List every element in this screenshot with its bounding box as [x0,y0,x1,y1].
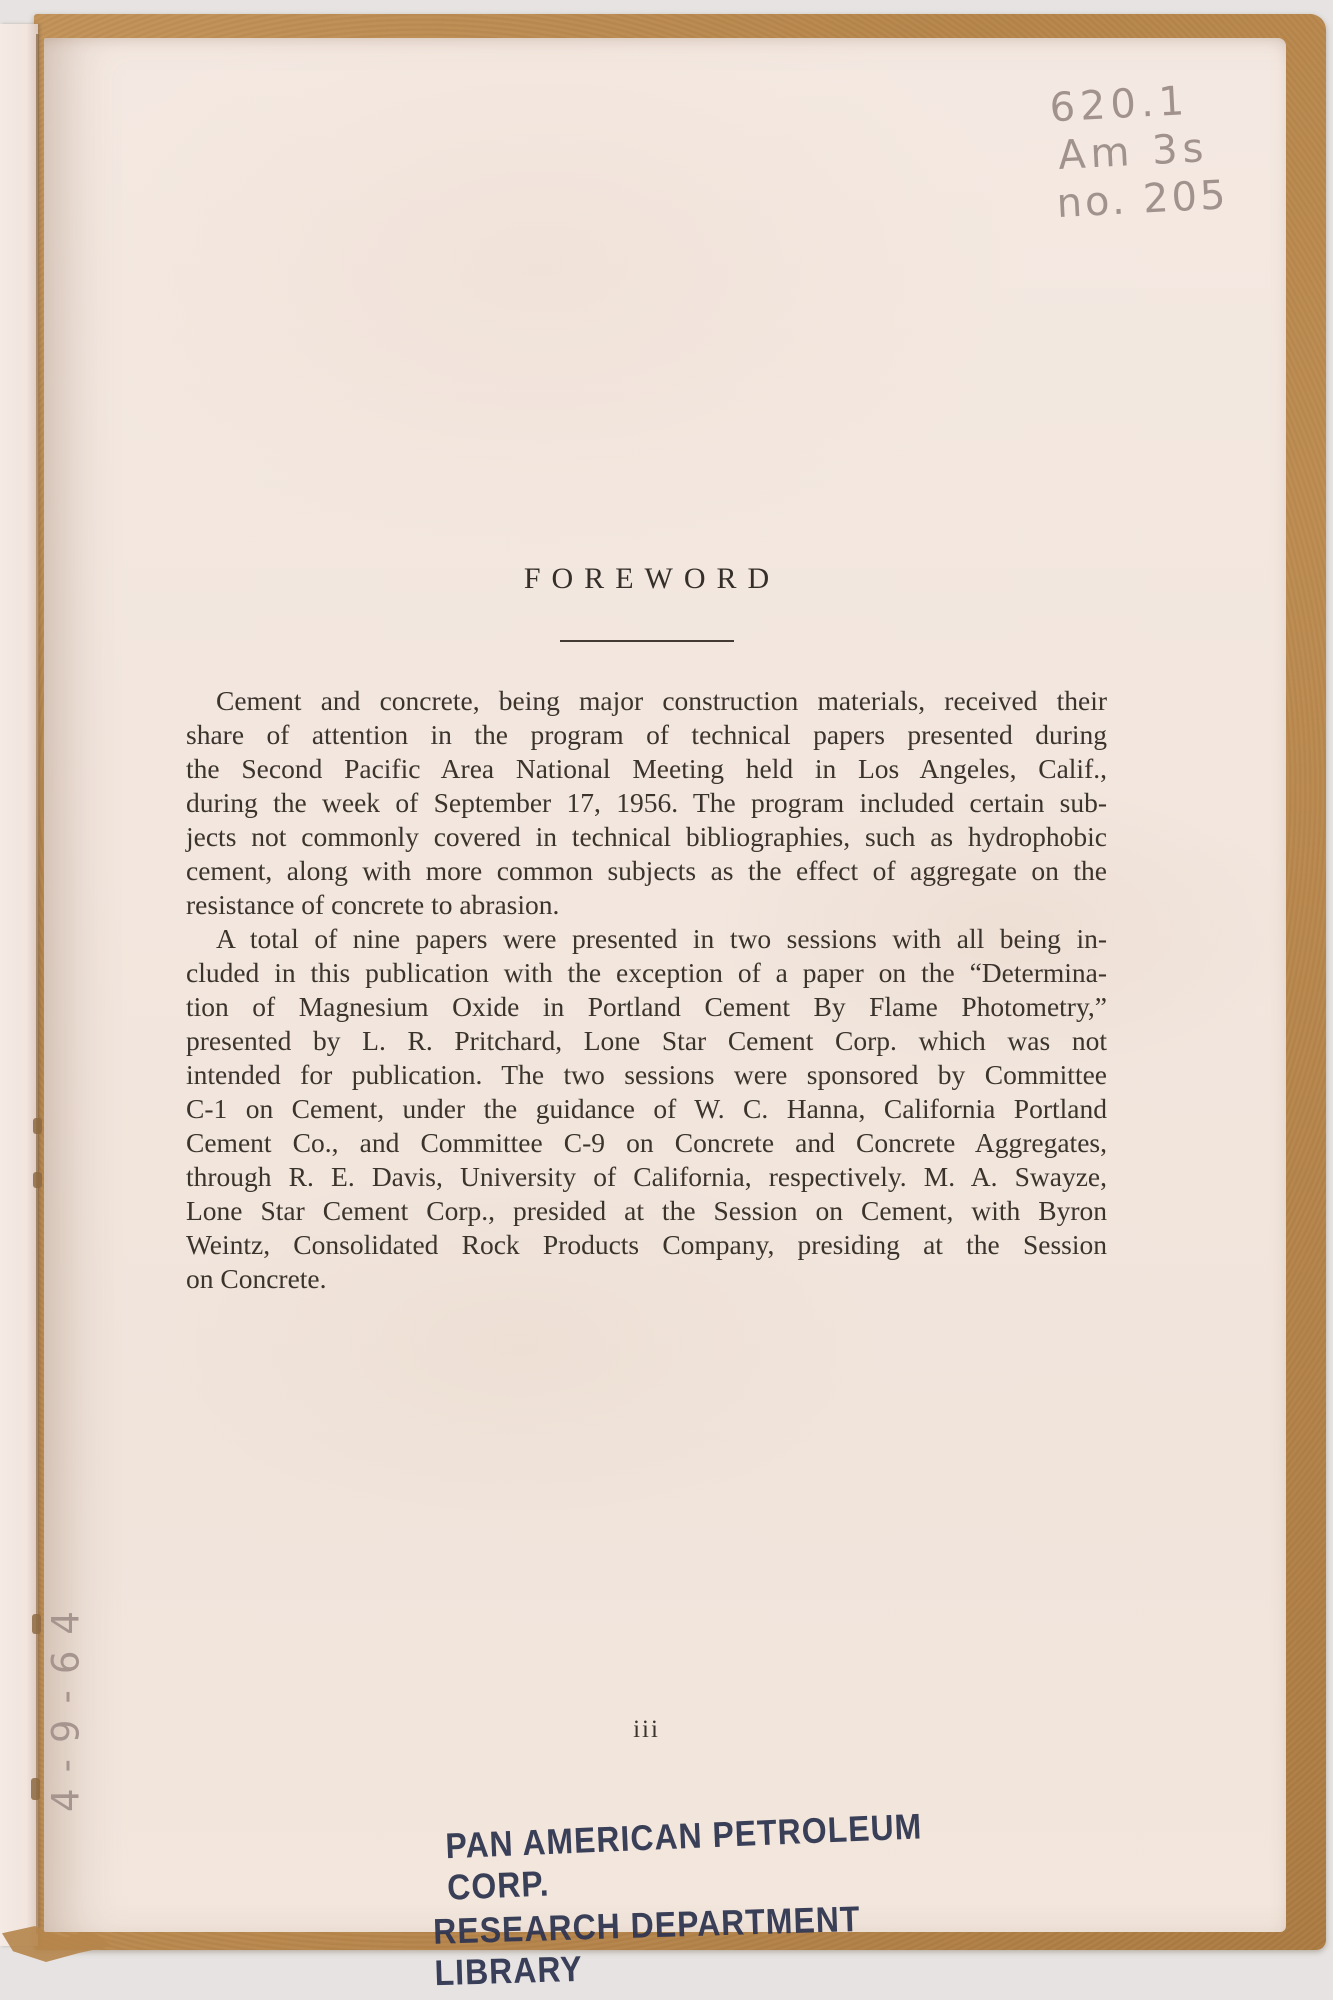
stamp-line-2: RESEARCH DEPARTMENT LIBRARY [433,1896,955,1995]
book-page: 620.1Am 3sno. 205 4-9-64 FOREWORD Cement… [44,38,1286,1932]
stitch-knot [32,1614,41,1634]
library-stamp: PAN AMERICAN PETROLEUM CORP. RESEARCH DE… [429,1809,955,1993]
foreword-section: FOREWORD Cement and concrete, being majo… [186,562,1107,1296]
stitch-knot [31,1778,40,1800]
paragraph-1: Cement and concrete, being major constru… [186,684,1107,922]
binding-thread [36,34,39,1934]
facing-endpaper [0,24,38,1946]
stitch-knot [33,1172,42,1188]
paragraph-2: A total of nine papers were presented in… [186,922,1107,1296]
stamp-line-1: PAN AMERICAN PETROLEUM CORP. [429,1805,952,1910]
date-note: 4-9-64 [45,1554,88,1854]
stitch-knot [33,1118,42,1134]
page-number: iii [186,1716,1107,1744]
book-photo: 620.1Am 3sno. 205 4-9-64 FOREWORD Cement… [0,0,1333,2000]
call-number-note: 620.1Am 3sno. 205 [1048,72,1295,228]
title-rule [560,640,734,642]
page-title: FOREWORD [186,562,1107,596]
